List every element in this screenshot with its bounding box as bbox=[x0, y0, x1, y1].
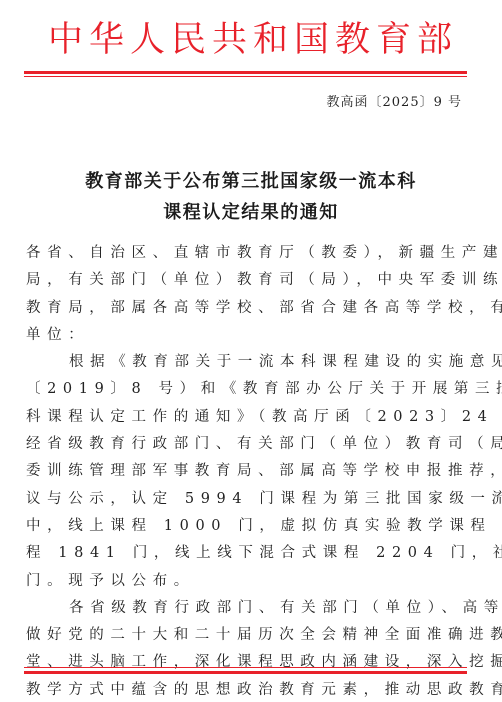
addressee-line: 局，有关部门（单位）教育司（局），中央军委训练管理部军事 bbox=[26, 267, 466, 294]
paragraph-2: 各省级教育行政部门、有关部门（单位）、高等学校要认真 做好党的二十大和二十届历次… bbox=[26, 595, 466, 702]
addressee-line: 教育局，部属各高等学校、部省合建各高等学校，有关课程平台 bbox=[26, 295, 466, 322]
addressee-block: 各省、自治区、直辖市教育厅（教委），新疆生产建设兵团教育 局，有关部门（单位）教… bbox=[26, 240, 466, 349]
paragraph-line: 〔2019〕8 号）和《教育部办公厅关于开展第三批国家级一流本 bbox=[26, 376, 466, 403]
paragraph-line: 根据《教育部关于一流本科课程建设的实施意见》（教高 bbox=[26, 349, 466, 376]
paragraph-line: 各省级教育行政部门、有关部门（单位）、高等学校要认真 bbox=[26, 595, 466, 622]
paragraph-line: 做好党的二十大和二十届历次全会精神全面准确进教材、进课 bbox=[26, 622, 466, 649]
paragraph-1: 根据《教育部关于一流本科课程建设的实施意见》（教高 〔2019〕8 号）和《教育… bbox=[26, 349, 466, 595]
paragraph-line: 门。现予以公布。 bbox=[26, 568, 466, 595]
title-line-1: 教育部关于公布第三批国家级一流本科 bbox=[0, 166, 502, 197]
document-body: 各省、自治区、直辖市教育厅（教委），新疆生产建设兵团教育 局，有关部门（单位）教… bbox=[26, 240, 466, 702]
masthead-issuer: 中华人民共和国教育部 bbox=[0, 20, 502, 60]
title-line-2: 课程认定结果的通知 bbox=[0, 197, 502, 228]
addressee-line: 单位： bbox=[26, 322, 466, 349]
masthead-rule-thick bbox=[24, 71, 467, 74]
paragraph-line: 经省级教育行政部门、有关部门（单位）教育司（局）、中央军 bbox=[26, 431, 466, 458]
paragraph-line: 程 1841 门，线上线下混合式课程 2204 门，社会实践课程 449 bbox=[26, 540, 466, 567]
paragraph-line: 议与公示，认定 5994 门课程为第三批国家级一流本科课程。其 bbox=[26, 486, 466, 513]
footer-rule-thick bbox=[24, 671, 467, 674]
addressee-line: 各省、自治区、直辖市教育厅（教委），新疆生产建设兵团教育 bbox=[26, 240, 466, 267]
document-number: 教高函〔2025〕9 号 bbox=[327, 95, 463, 111]
paragraph-line: 科课程认定工作的通知》（教高厅函〔2023〕24 号）有关要求， bbox=[26, 404, 466, 431]
paragraph-line: 中，线上课程 1000 门，虚拟仿真实验教学课程 500 门，线下课 bbox=[26, 513, 466, 540]
document-title: 教育部关于公布第三批国家级一流本科 课程认定结果的通知 bbox=[0, 166, 502, 228]
footer-rule-thin bbox=[24, 667, 467, 668]
paragraph-line: 教学方式中蕴含的思想政治教育元素，推动思政教育与专业教育 bbox=[26, 677, 466, 702]
paragraph-line: 委训练管理部军事教育局、部属高等学校申报推荐，并经专家评 bbox=[26, 458, 466, 485]
masthead-rule-thin bbox=[24, 76, 467, 77]
